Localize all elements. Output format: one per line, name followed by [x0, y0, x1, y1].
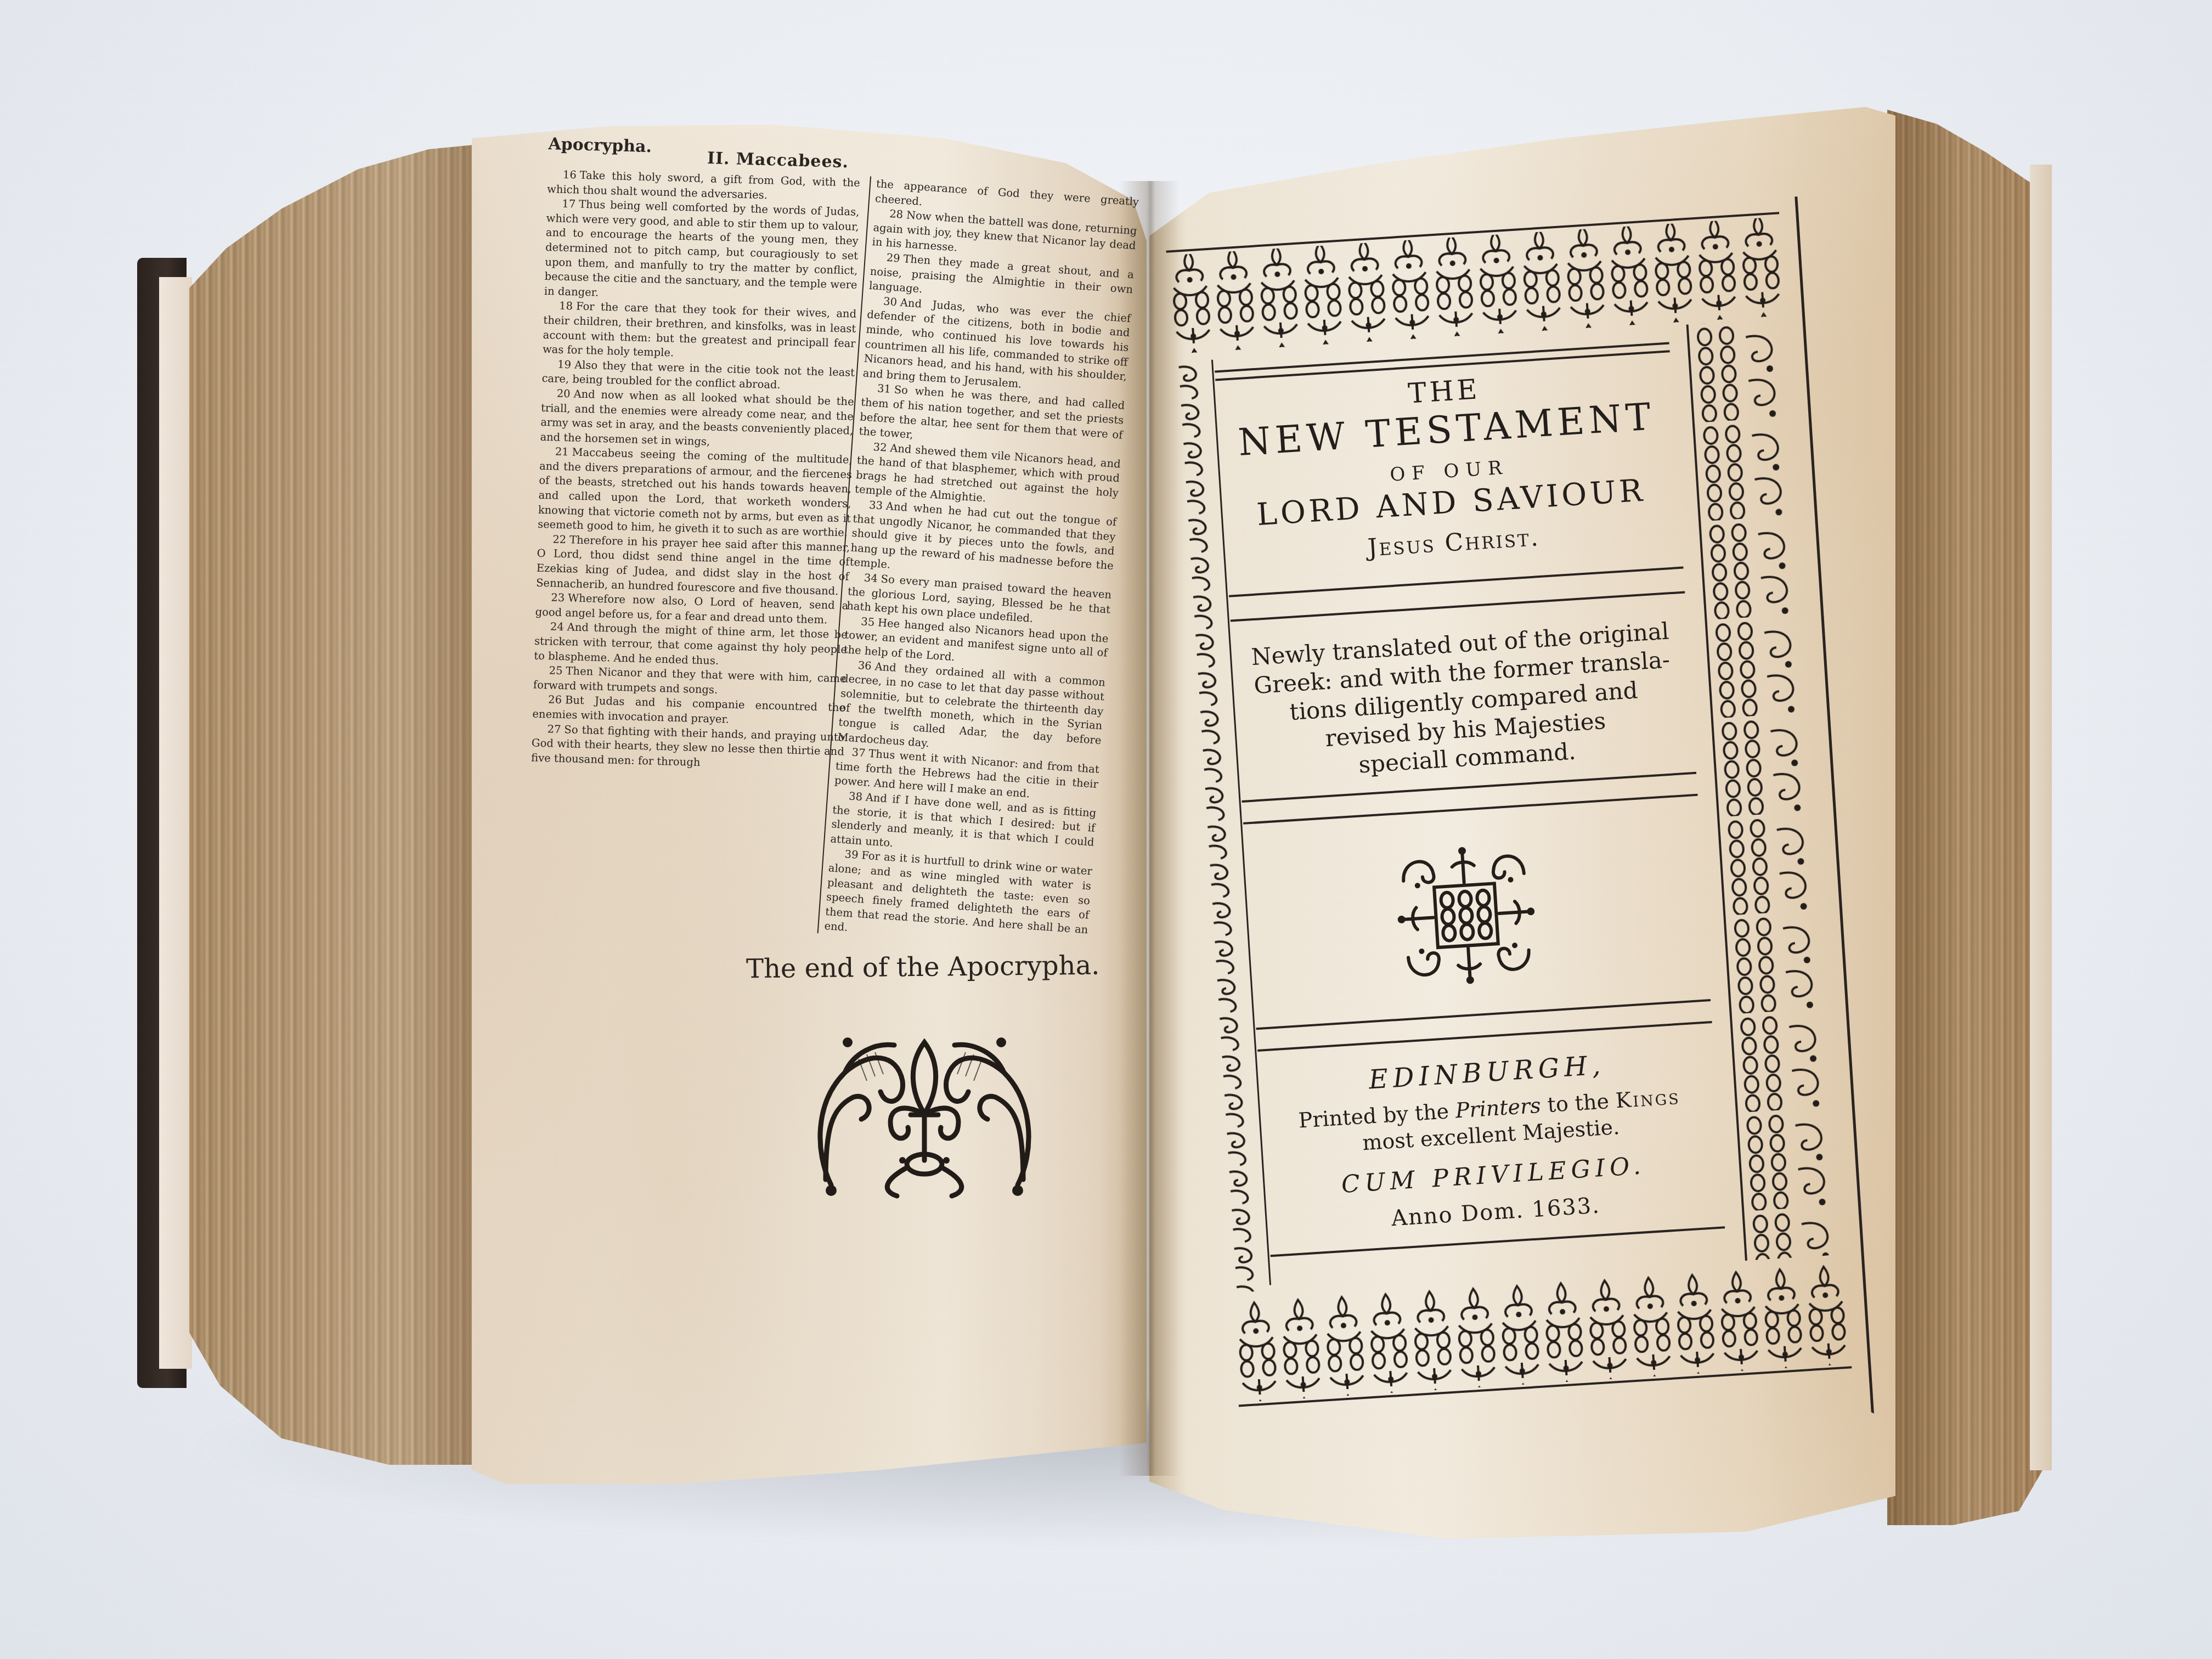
verse-number: 20	[541, 386, 574, 402]
verse-number: 36	[842, 657, 876, 674]
title-page: THE NEW TESTAMENT OF OUR LORD AND SAVIOU…	[1153, 174, 1877, 1453]
text-column-b: the appearance of God they were greatly …	[817, 176, 1139, 952]
verse-number: 25	[533, 663, 566, 679]
verse-text: Thus being well comforted by the words o…	[544, 198, 860, 299]
verse-number: 18	[544, 298, 577, 314]
verse-text: And they ordained all with a common decr…	[837, 660, 1106, 749]
verse-number: 28	[874, 206, 907, 223]
verse-number: 39	[829, 847, 862, 864]
verse-number: 31	[861, 381, 895, 398]
imprint-middle: to the	[1540, 1088, 1616, 1117]
verse-number: 24	[535, 619, 568, 635]
verse-number: 29	[871, 250, 904, 267]
fleur-de-lis-woodcut-ornament-icon	[793, 1020, 1056, 1201]
verse-number: 34	[848, 570, 882, 587]
text-columns: 16Take this holy sword, a gift from God,…	[527, 167, 1162, 943]
photo-scene: Apocrypha. II. Maccabees. 16Take this ho…	[0, 0, 2212, 1659]
end-of-apocrypha-line: The end of the Apocrypha.	[746, 950, 1100, 985]
imprint-kings: Kings	[1615, 1085, 1680, 1113]
verse: 17Thus being well comforted by the words…	[544, 196, 860, 307]
verse-number: 17	[546, 196, 579, 212]
verse-text: And Judas, who was ever the chief defend…	[862, 296, 1131, 391]
text-column-a: 16Take this holy sword, a gift from God,…	[527, 167, 860, 934]
square-arabesque-fleuron-icon	[1391, 840, 1542, 991]
endpaper	[159, 277, 192, 1369]
verse-text: For the care that they took for their wi…	[543, 300, 857, 359]
verse-number: 30	[867, 293, 901, 310]
subtitle: Newly translated out of the originalGree…	[1229, 616, 1699, 787]
verse: 21Maccabeus seeing the coming of the mul…	[538, 444, 853, 540]
left-page-block-edge	[189, 143, 496, 1465]
verse: 27So that fighting with their hands, and…	[531, 721, 845, 774]
verse-number: 21	[539, 444, 572, 460]
right-page-block-edge	[1887, 110, 2052, 1525]
verse-number: 32	[857, 439, 891, 456]
verse: 22Therefore in his prayer hee said after…	[536, 532, 850, 599]
verse-text: Therefore in his prayer hee said after t…	[536, 533, 850, 597]
verse-number: 22	[537, 532, 570, 548]
verse-number: 27	[532, 721, 565, 737]
verse-number: 26	[533, 692, 566, 708]
running-head-book: II. Maccabees.	[707, 149, 849, 172]
verse-text: And now when as all looked what should b…	[540, 387, 854, 448]
verse-text: So that fighting with their hands, and p…	[531, 723, 845, 769]
verse-number: 19	[542, 357, 575, 373]
verse-text: For as it is hurtfull to drink wine or w…	[824, 849, 1093, 936]
verse: 20And now when as all looked what should…	[540, 386, 854, 453]
verse: 39For as it is hurtfull to drink wine or…	[824, 847, 1093, 952]
verse-number: 16	[548, 167, 580, 183]
left-page-text: Apocrypha. II. Maccabees. 16Take this ho…	[526, 134, 1163, 974]
right-endpaper	[2030, 165, 2052, 1470]
verse-number: 35	[845, 613, 879, 630]
verse-text: And through the might of thine arm, let …	[534, 621, 848, 667]
verse: 18For the care that they took for their …	[543, 298, 857, 365]
running-head-section: Apocrypha.	[548, 134, 652, 156]
verse-number: 37	[836, 744, 870, 761]
verse-number: 38	[833, 788, 866, 805]
imprint-printers: Printers	[1455, 1093, 1542, 1123]
verse-number: 23	[535, 590, 568, 606]
verse-text: Maccabeus seeing the coming of the multi…	[538, 446, 853, 539]
verse-number: 33	[853, 497, 887, 514]
